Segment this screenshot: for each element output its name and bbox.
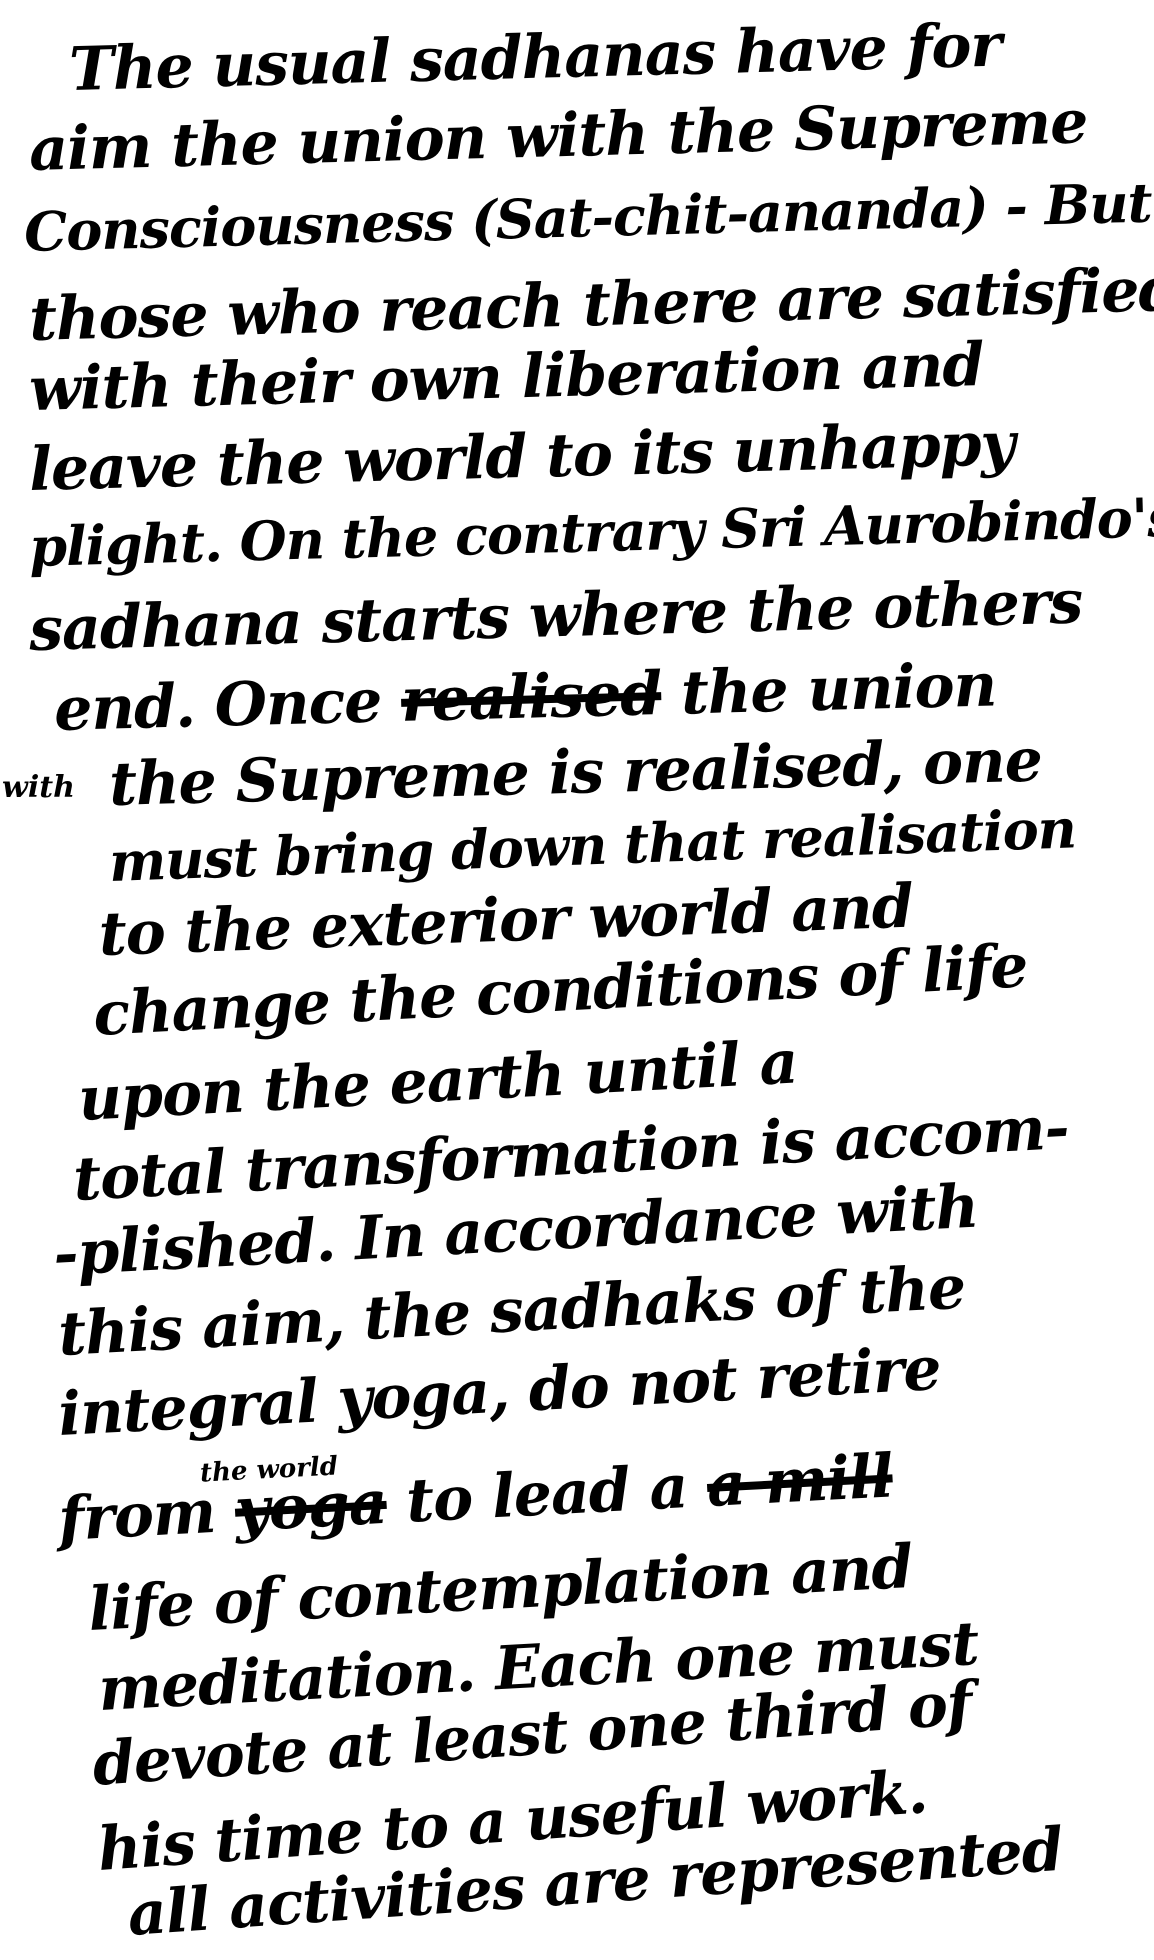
manuscript-line-3: Consciousness (Sat-chit-ananda) - But	[24, 176, 1153, 259]
line-19-mid: to lead a	[405, 1452, 689, 1537]
manuscript-line-1: The usual sadhanas have for	[68, 16, 1001, 100]
line-9-end: the union	[680, 650, 997, 728]
manuscript-line-2: aim the union with the Supreme	[28, 92, 1088, 180]
struck-word-2: a mill	[705, 1441, 894, 1521]
struck-word: realised	[400, 659, 662, 736]
manuscript-line-4: those who reach there are satisfied	[28, 260, 1154, 350]
manuscript-page: The usual sadhanas have for aim the unio…	[0, 0, 1154, 1960]
manuscript-line-9: end. Once realised the union	[53, 655, 996, 740]
struck-word: yoga	[233, 1468, 388, 1546]
manuscript-line-7: plight. On the contrary Sri Aurobindo's	[29, 490, 1154, 574]
manuscript-line-19: from yoga to lead a a mill	[57, 1446, 894, 1550]
line-19-start: from	[57, 1477, 217, 1555]
manuscript-line-8: sadhana starts where the others	[28, 572, 1083, 660]
margin-note: with	[2, 770, 75, 805]
line-9-start: end. Once	[53, 666, 382, 745]
manuscript-line-6: leave the world to its unhappy	[28, 414, 1015, 500]
